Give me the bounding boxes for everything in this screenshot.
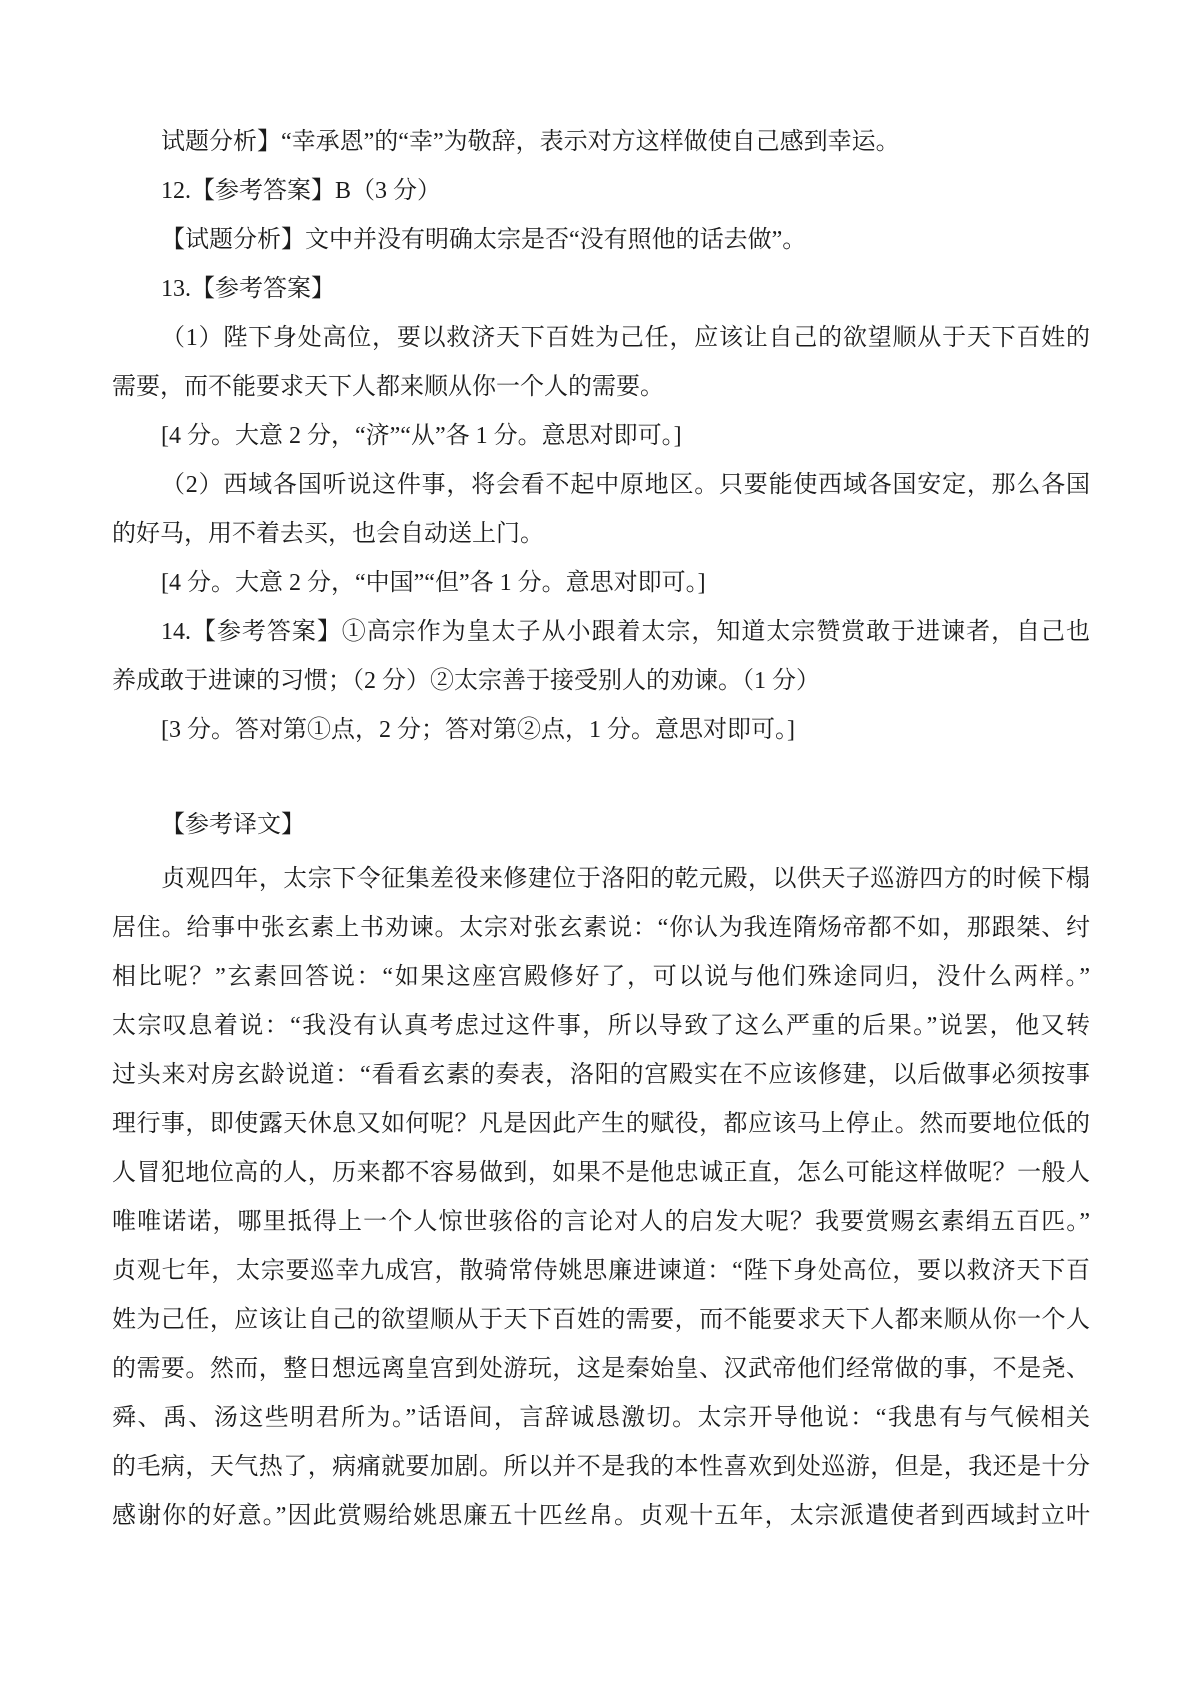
text-line: 贞观七年，太宗要巡幸九成宫，散骑常侍姚思廉进谏道：“陛下身处高位，要以救济天下百 [112, 1247, 1090, 1296]
text-line: 的好马，用不着去买，也会自动送上门。 [112, 510, 1090, 559]
text-line: 12.【参考答案】B（3 分） [112, 167, 1090, 216]
text-line: 过头来对房玄龄说道：“看看玄素的奏表，洛阳的宫殿实在不应该修建，以后做事必须按事 [112, 1051, 1090, 1100]
text-line: 人冒犯地位高的人，历来都不容易做到，如果不是他忠诚正直，怎么可能这样做呢？一般人 [112, 1149, 1090, 1198]
section-heading: 【参考译文】 [112, 801, 1090, 850]
text-line: 14.【参考答案】①高宗作为皇太子从小跟着太宗，知道太宗赞赏敢于进谏者，自己也 [112, 608, 1090, 657]
text-line: 感谢你的好意。”因此赏赐给姚思廉五十匹丝帛。贞观十五年，太宗派遣使者到西域封立叶 [112, 1492, 1090, 1541]
text-line: 【试题分析】文中并没有明确太宗是否“没有照他的话去做”。 [112, 216, 1090, 265]
text-line: （1）陛下身处高位，要以救济天下百姓为己任，应该让自己的欲望顺从于天下百姓的 [112, 314, 1090, 363]
text-line: [4 分。大意 2 分，“济”“从”各 1 分。意思对即可。] [112, 412, 1090, 461]
text-line: 太宗叹息着说：“我没有认真考虑过这件事，所以导致了这么严重的后果。”说罢，他又转 [112, 1002, 1090, 1051]
text-line: 13.【参考答案】 [112, 265, 1090, 314]
text-line: 试题分析】“幸承恩”的“幸”为敬辞，表示对方这样做使自己感到幸运。 [112, 118, 1090, 167]
text-line: 的需要。然而，整日想远离皇宫到处游玩，这是秦始皇、汉武帝他们经常做的事，不是尧、 [112, 1345, 1090, 1394]
text-line: 养成敢于进谏的习惯；（2 分）②太宗善于接受别人的劝谏。（1 分） [112, 657, 1090, 706]
section-answer-key: 试题分析】“幸承恩”的“幸”为敬辞，表示对方这样做使自己感到幸运。12.【参考答… [112, 118, 1090, 755]
text-line: 居住。给事中张玄素上书劝谏。太宗对张玄素说：“你认为我连隋炀帝都不如，那跟桀、纣 [112, 904, 1090, 953]
text-line: 的毛病，天气热了，病痛就要加剧。所以并不是我的本性喜欢到处巡游，但是，我还是十分 [112, 1443, 1090, 1492]
text-line: 姓为己任，应该让自己的欲望顺从于天下百姓的需要，而不能要求天下人都来顺从你一个人 [112, 1296, 1090, 1345]
text-line: 贞观四年，太宗下令征集差役来修建位于洛阳的乾元殿，以供天子巡游四方的时候下榻 [112, 855, 1090, 904]
text-line: [4 分。大意 2 分，“中国”“但”各 1 分。意思对即可。] [112, 559, 1090, 608]
section-reference-translation: 【参考译文】贞观四年，太宗下令征集差役来修建位于洛阳的乾元殿，以供天子巡游四方的… [112, 801, 1090, 1541]
text-line: 需要，而不能要求天下人都来顺从你一个人的需要。 [112, 363, 1090, 412]
text-line: 理行事，即使露天休息又如何呢？凡是因此产生的赋役，都应该马上停止。然而要地位低的 [112, 1100, 1090, 1149]
text-line: 相比呢？”玄素回答说：“如果这座宫殿修好了，可以说与他们殊途同归，没什么两样。” [112, 953, 1090, 1002]
text-line: （2）西域各国听说这件事，将会看不起中原地区。只要能使西域各国安定，那么各国 [112, 461, 1090, 510]
text-line: [3 分。答对第①点，2 分；答对第②点，1 分。意思对即可。] [112, 706, 1090, 755]
document-page: 试题分析】“幸承恩”的“幸”为敬辞，表示对方这样做使自己感到幸运。12.【参考答… [0, 0, 1200, 1699]
text-line: 唯唯诺诺，哪里抵得上一个人惊世骇俗的言论对人的启发大呢？我要赏赐玄素绢五百匹。” [112, 1198, 1090, 1247]
document-body: 试题分析】“幸承恩”的“幸”为敬辞，表示对方这样做使自己感到幸运。12.【参考答… [112, 118, 1090, 1541]
text-line: 舜、禹、汤这些明君所为。”话语间，言辞诚恳激切。太宗开导他说：“我患有与气候相关 [112, 1394, 1090, 1443]
